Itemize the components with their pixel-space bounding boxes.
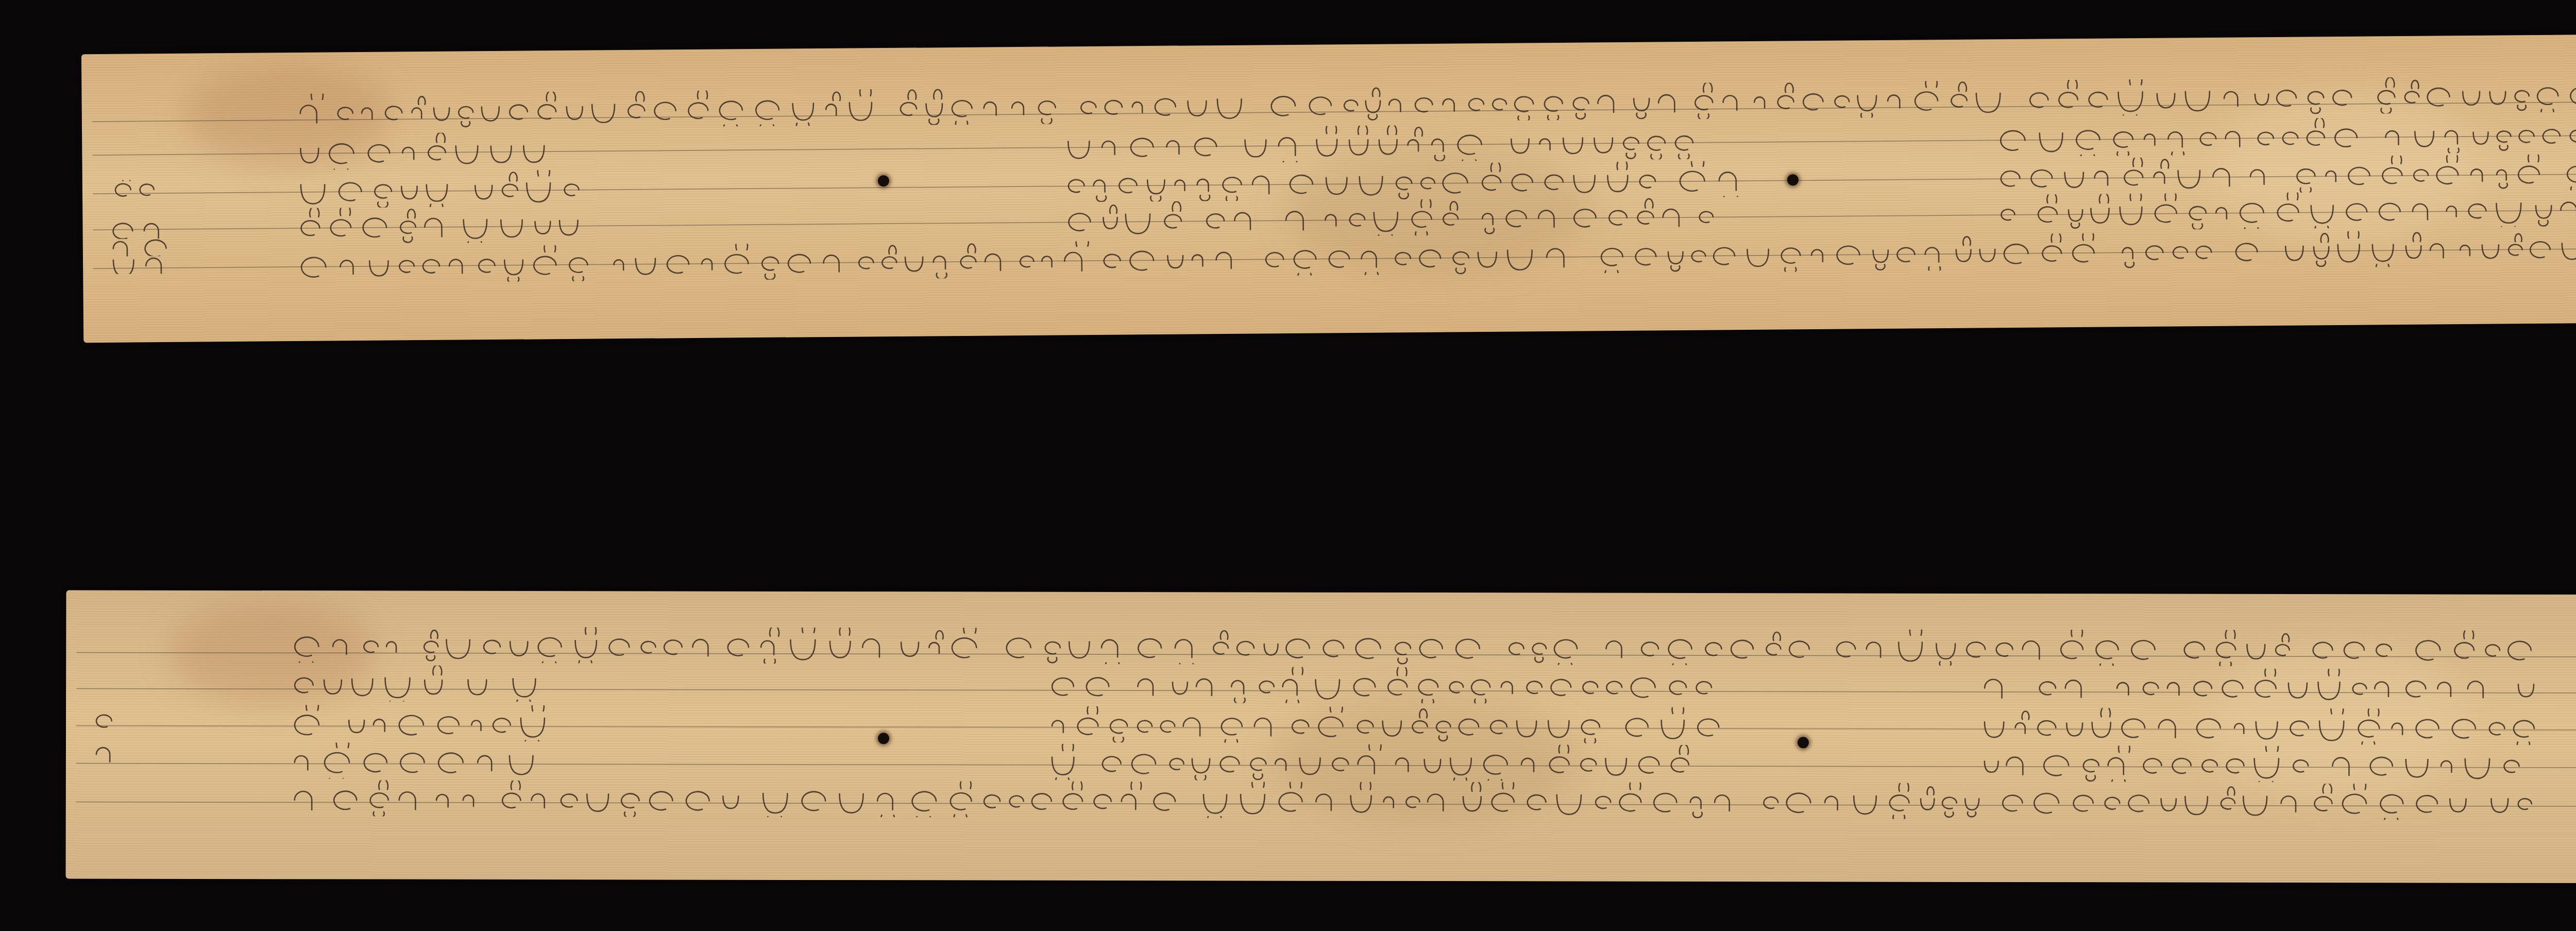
script-line [1066,161,1752,202]
script-line [299,206,598,244]
script-glyphs [1982,708,2554,745]
script-line [299,170,598,208]
script-line [293,627,2554,667]
script-glyphs [111,221,178,239]
script-line [1999,190,2576,231]
script-glyphs [111,239,178,257]
script-glyphs [1999,154,2576,195]
script-line [293,665,555,702]
script-glyphs [1998,116,2576,157]
margin-note [111,221,178,274]
script-glyphs [1999,190,2576,231]
script-line [1050,744,1704,781]
script-glyphs [293,665,555,702]
script-line [1999,154,2576,195]
script-glyphs [1982,668,2554,705]
script-glyphs [298,132,556,170]
script-line [1982,708,2554,745]
script-glyphs [1066,123,1716,164]
script-glyphs [293,705,555,741]
script-line [1066,197,1752,238]
script-glyphs [94,745,125,763]
margin-note [113,180,170,198]
script-line [293,705,555,741]
script-line [1982,746,2554,783]
script-line [293,742,555,779]
script-line [1050,667,1730,704]
string-hole [1787,174,1799,185]
palm-leaf-bottom [66,590,2576,883]
script-glyphs [293,742,555,779]
script-line [1066,123,1716,164]
script-glyphs [113,180,170,198]
string-hole [878,733,889,744]
margin-note [94,712,141,729]
script-glyphs [111,256,178,274]
script-glyphs [299,206,598,244]
margin-note [94,745,125,763]
script-glyphs [1050,744,1704,781]
script-line [298,132,556,170]
script-glyphs [1982,746,2554,783]
script-glyphs [293,780,2554,820]
script-glyphs [293,627,2554,667]
script-glyphs [299,170,598,208]
script-glyphs [1050,706,1730,743]
script-line [293,780,2554,820]
script-glyphs [1066,197,1752,238]
script-glyphs [1066,161,1752,202]
string-hole [878,175,889,187]
script-glyphs [1050,667,1730,704]
palm-leaf-top [81,33,2576,343]
script-line [1982,668,2554,705]
script-glyphs [94,712,141,729]
string-hole [1798,737,1809,748]
script-line [1998,116,2576,157]
script-line [1050,706,1730,743]
